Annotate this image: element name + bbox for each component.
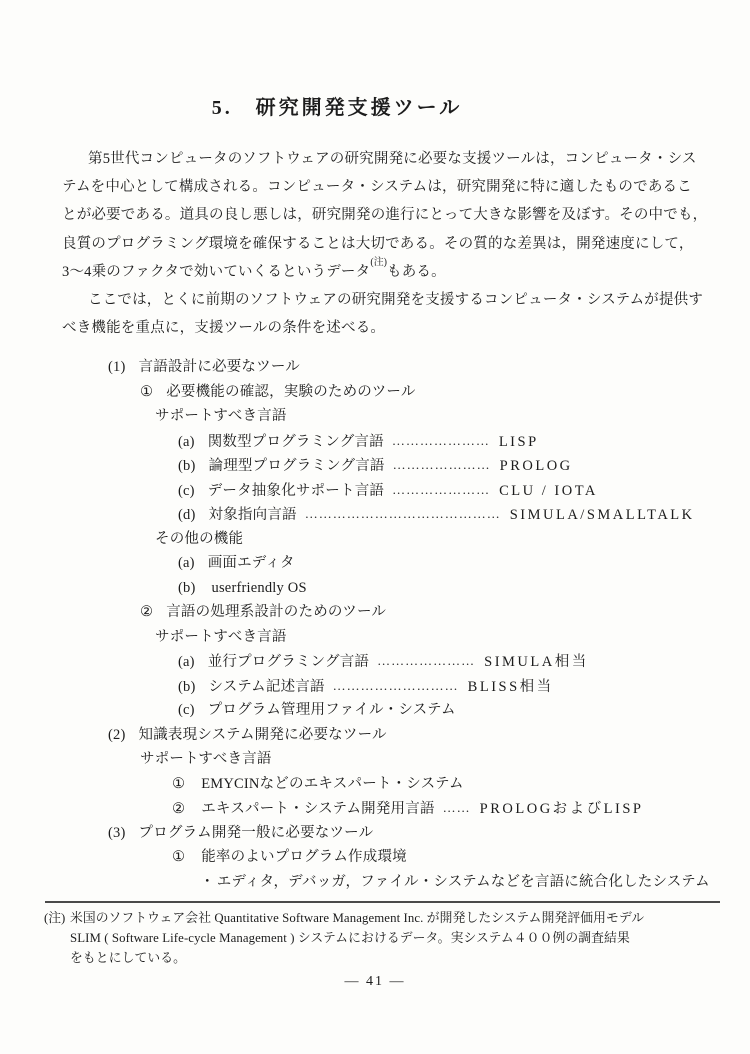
outline-item: サポートすべき言語	[0, 747, 750, 772]
item-marker: (c)	[178, 479, 195, 504]
item-marker: ①	[172, 772, 185, 797]
paragraph-line: 良質のプログラミング環境を確保することは大切である。その質的な差異は，開発速度に…	[0, 230, 750, 258]
dotted-leader: …………………	[393, 457, 491, 472]
footnote: (注) 米国のソフトウェア会社 Quantitative Software Ma…	[0, 908, 750, 968]
item-marker: (d)	[178, 503, 196, 528]
footnote-reference: (注)	[370, 257, 387, 268]
outline-item-2: (2)知識表現システム開発に必要なツール	[0, 723, 750, 748]
outline-item: (c)プログラム管理用ファイル・システム	[0, 698, 750, 723]
outline-item: ①EMYCINなどのエキスパート・システム	[0, 772, 750, 797]
paragraph-line: とが必要である。道具の良し悪しは，研究開発の進行にとって大きな影響を及ぼす。その…	[0, 201, 750, 229]
outline-list: (1)言語設計に必要なツール ①必要機能の確認，実験のためのツール サポートすべ…	[0, 355, 750, 894]
outline-item: (b)システム記述言語………………………BLISS相当	[0, 674, 750, 699]
item-value: SIMULA/SMALLTALK	[510, 507, 695, 523]
outline-item: ①必要機能の確認，実験のためのツール	[0, 380, 750, 405]
paragraph-line: 第5世代コンピュータのソフトウェアの研究開発に必要な支援ツールは，コンピュータ・…	[0, 145, 750, 173]
item-value: BLISS相当	[468, 679, 554, 695]
outline-item: サポートすべき言語	[0, 404, 750, 429]
outline-item-3: (3)プログラム開発一般に必要なツール	[0, 821, 750, 846]
dotted-leader: …………………	[377, 653, 475, 668]
bullet-marker: ・	[200, 870, 215, 895]
item-text: サポートすべき言語	[140, 751, 272, 767]
outline-item: (a)関数型プログラミング言語…………………LISP	[0, 429, 750, 454]
outline-item: ②言語の処理系設計のためのツール	[0, 600, 750, 625]
item-marker: ②	[140, 600, 153, 625]
item-marker: ①	[140, 380, 153, 405]
paragraph-text: もある。	[387, 264, 446, 280]
item-text: 知識表現システム開発に必要なツール	[139, 727, 387, 743]
item-marker: (2)	[108, 723, 126, 748]
item-text: 対象指向言語	[209, 507, 297, 523]
item-marker: (a)	[178, 551, 195, 576]
outline-item: その他の機能	[0, 527, 750, 552]
paragraph-line: テムを中心として構成される。コンピュータ・システムは，研究開発に特に適したもので…	[0, 173, 750, 201]
dotted-leader: …………………	[392, 433, 490, 448]
item-text: 言語設計に必要なツール	[139, 359, 300, 375]
item-marker: (a)	[178, 430, 195, 455]
item-text: 画面エディタ	[208, 555, 295, 571]
item-text: プログラム管理用ファイル・システム	[208, 702, 456, 718]
item-text: プログラム開発一般に必要なツール	[139, 825, 374, 841]
intro-paragraph-2: ここでは，とくに前期のソフトウェアの研究開発を支援するコンピュータ・システムが提…	[0, 286, 750, 342]
item-text: 言語の処理系設計のためのツール	[166, 604, 386, 620]
item-marker: (3)	[108, 821, 126, 846]
item-text: エキスパート・システム開発用言語	[201, 801, 434, 817]
document-page: 5. 研究開発支援ツール 第5世代コンピュータのソフトウェアの研究開発に必要な支…	[0, 0, 750, 1054]
item-marker: (b)	[178, 675, 196, 700]
dotted-leader: ………………………	[333, 678, 459, 693]
item-text: userfriendly OS	[212, 580, 307, 596]
paragraph-line-with-note: 3〜4乗のファクタで効いていくるというデータ(注)もある。	[0, 258, 750, 286]
outline-item: (a)画面エディタ	[0, 551, 750, 576]
outline-item: (b)userfriendly OS	[0, 576, 750, 601]
footnote-divider	[45, 901, 720, 903]
item-text: 並行プログラミング言語	[208, 654, 369, 670]
outline-item: (c)データ抽象化サポート言語…………………CLU / IOTA	[0, 478, 750, 503]
item-value: PROLOGおよびLISP	[480, 801, 644, 817]
outline-item: ②エキスパート・システム開発用言語……PROLOGおよびLISP	[0, 796, 750, 821]
item-marker: ①	[172, 845, 185, 870]
footnote-marker: (注)	[44, 908, 65, 928]
item-text: EMYCINなどのエキスパート・システム	[201, 776, 463, 792]
footnote-line: をもとにしている。	[0, 948, 750, 968]
outline-item: サポートすべき言語	[0, 625, 750, 650]
footnote-line: SLIM ( Software Life-cycle Management ) …	[0, 928, 750, 948]
paragraph-line: べき機能を重点に，支援ツールの条件を述べる。	[0, 314, 750, 342]
outline-item: (a)並行プログラミング言語…………………SIMULA相当	[0, 649, 750, 674]
paragraph-text: 3〜4乗のファクタで効いていくるというデータ	[62, 264, 370, 280]
outline-item-1: (1)言語設計に必要なツール	[0, 355, 750, 380]
page-number: — 41 —	[0, 974, 750, 990]
section-title: 5. 研究開発支援ツール	[0, 96, 712, 120]
outline-item: (b)論理型プログラミング言語…………………PROLOG	[0, 453, 750, 478]
item-value: PROLOG	[500, 458, 573, 474]
dotted-leader: ……………………………………	[305, 506, 501, 521]
item-value: LISP	[499, 434, 539, 450]
item-text: 必要機能の確認，実験のためのツール	[166, 384, 415, 400]
item-marker: ②	[172, 797, 185, 822]
footnote-line: 米国のソフトウェア会社 Quantitative Software Manage…	[0, 908, 750, 928]
dotted-leader: …………………	[392, 482, 490, 497]
item-text: その他の機能	[155, 531, 243, 547]
item-text: サポートすべき言語	[155, 629, 287, 645]
item-value: CLU / IOTA	[499, 483, 598, 499]
item-text: 関数型プログラミング言語	[208, 434, 384, 450]
item-text: データ抽象化サポート言語	[208, 483, 384, 499]
item-text: 論理型プログラミング言語	[209, 458, 385, 474]
item-value: SIMULA相当	[484, 654, 589, 670]
intro-paragraph-1: 第5世代コンピュータのソフトウェアの研究開発に必要な支援ツールは，コンピュータ・…	[0, 145, 750, 286]
item-marker: (1)	[108, 355, 126, 380]
dotted-leader: ……	[443, 800, 471, 815]
outline-item: ①能率のよいプログラム作成環境	[0, 845, 750, 870]
paragraph-line: ここでは，とくに前期のソフトウェアの研究開発を支援するコンピュータ・システムが提…	[0, 286, 750, 314]
item-marker: (a)	[178, 650, 195, 675]
outline-item: ・エディタ，デバッガ，ファイル・システムなどを言語に統合化したシステム	[0, 870, 750, 895]
item-text: システム記述言語	[209, 679, 325, 695]
item-marker: (c)	[178, 698, 195, 723]
item-text: エディタ，デバッガ，ファイル・システムなどを言語に統合化したシステム	[217, 874, 710, 890]
item-text: 能率のよいプログラム作成環境	[201, 849, 407, 865]
item-marker: (b)	[178, 454, 196, 479]
item-text: サポートすべき言語	[155, 408, 287, 424]
outline-item: (d)対象指向言語……………………………………SIMULA/SMALLTALK	[0, 502, 750, 527]
item-marker: (b)	[178, 576, 196, 601]
